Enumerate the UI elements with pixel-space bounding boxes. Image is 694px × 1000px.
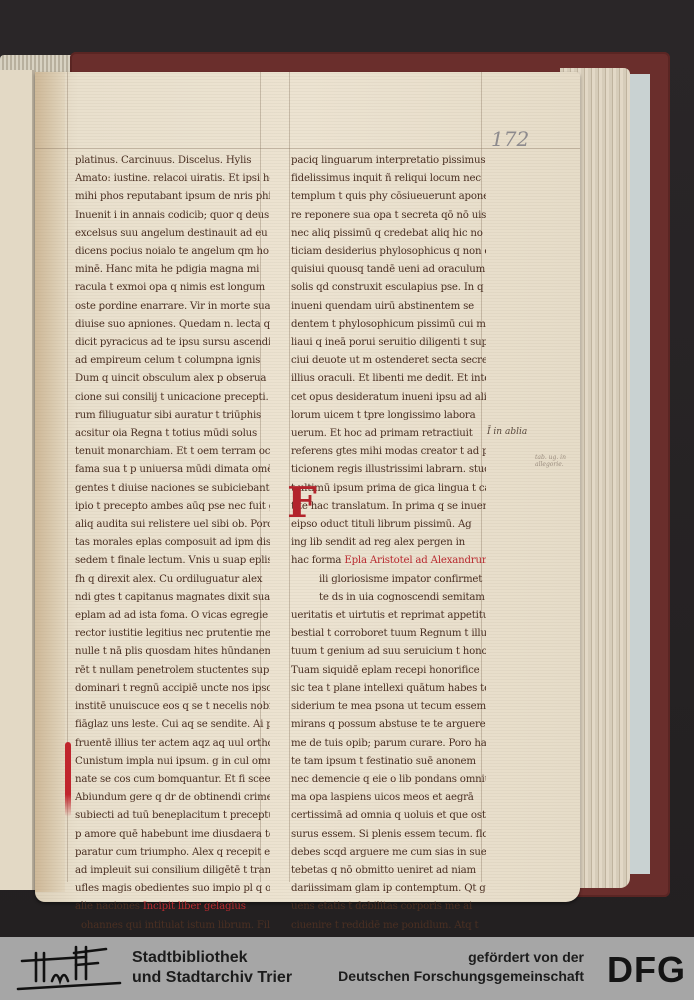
marginal-note: Ī in ablia <box>487 427 527 437</box>
text-line: dariissimam glam ip contemptum. Qt gra <box>291 880 486 898</box>
text-line: paratur cum triumpho. Alex q recepit epl… <box>75 844 270 862</box>
text-line: uerum. Et hoc ad primam retractiuit <box>291 425 486 443</box>
manuscript-scan: 172 platinus. Carcinuus. Discelus. Hylis… <box>0 0 694 937</box>
text-line: ad impleuit sui consilium diligētē t tra… <box>75 862 270 880</box>
funding-line2: Deutschen Forschungsgemeinschaft <box>338 967 584 986</box>
text-column-left: platinus. Carcinuus. Discelus. HylisAmat… <box>75 152 270 935</box>
text-line: dicit pyracicus ad te ipsu sursu ascendi… <box>75 334 270 352</box>
marginal-note-faint: tab. ug. in allegorie. <box>535 454 575 468</box>
text-line: aliq audita sui relistere uel sibi ob. P… <box>75 516 270 534</box>
endleaf <box>628 74 650 874</box>
text-line: tenuit monarchiam. Et t oem terram ociui… <box>75 443 270 461</box>
text-line: ipio t precepto ambes aūq pse nec fuit g… <box>75 498 270 516</box>
text-line: ma opa laspiens uicos meos et aegrā <box>291 789 486 807</box>
text-line: fama sua t p uniuersa mūdi dimata omēs <box>75 461 270 479</box>
dfg-logo-icon: DFG <box>607 952 686 988</box>
stadtbibliothek-logo-icon <box>14 943 124 995</box>
left-page-edge <box>0 70 35 890</box>
footer-bar: Stadtbibliothek und Stadtarchiv Trier ge… <box>0 937 694 1000</box>
text-line: ad empireum celum t columpna ignis <box>75 352 270 370</box>
text-line: illius oraculi. Et libenti me dedit. Et … <box>291 370 486 388</box>
text-line: rector iustitie legitius nec prutentie m… <box>75 625 270 643</box>
folio-number: 172 <box>491 127 529 151</box>
text-line: ndi gtes t capitanus magnates dixit sua <box>75 589 270 607</box>
text-line: excelsus suu angelum destinauit ad eu <box>75 225 270 243</box>
text-line: mihi phos reputabant ipsum de nris phias… <box>75 188 270 206</box>
text-line: subiecti ad tuū beneplacitum t preceptum… <box>75 807 270 825</box>
text-line: eplam ad ad ista foma. O vicas egregie <box>75 607 270 625</box>
text-line: platinus. Carcinuus. Discelus. Hylis <box>75 152 270 170</box>
text-line: rēt t nullam penetrolem stuctentes sup a… <box>75 662 270 680</box>
text-line: ueritatis et uirtutis et reprimat appeti… <box>291 607 486 625</box>
text-line: fidelissimus inquit ñ reliqui locum nec <box>291 170 486 188</box>
rubric-incipit: Incipit liber gelagius <box>140 901 246 912</box>
text-line: t ultimū ipsum prima de gica lingua t ca… <box>291 480 486 498</box>
text-line: racula t exmoi opa q nimis est longum <box>75 279 270 297</box>
text-line: surus essem. Si plenis essem tecum. flon <box>291 826 486 844</box>
text-line: fh q direxit alex. Cu ordiluguatur alex <box>75 571 270 589</box>
ruling-line <box>289 72 290 882</box>
text-line: templum t quis phy cōsiueuerunt apone <box>291 188 486 206</box>
text-line: Inuenit i in annais codicib; quor q deus <box>75 207 270 225</box>
text-line: p amore quē habebunt ime diusdaera tes <box>75 826 270 844</box>
text-line: tebetas q nō obmitto ueniret ad niam <box>291 862 486 880</box>
text-line: re reponere sua opa t secreta qō nō uisi… <box>291 207 486 225</box>
text-line: nec aliq pissimū q credebat aliq hic no <box>291 225 486 243</box>
text-line: sedem t finale lectum. Vnis u suap eplis <box>75 552 270 570</box>
text-line: ufles magis obedientes suo impio pl q ob <box>75 880 270 898</box>
text-line: me de tuis opib; parum curare. Poro hac <box>291 735 486 753</box>
text-line: Amato: iustine. relacoi uiratis. Et ipsi… <box>75 170 270 188</box>
text-line: fiāglaz uns leste. Cui aq se sendite. Ai… <box>75 716 270 734</box>
text-line: paciq linguarum interpretatio pissimus t <box>291 152 486 170</box>
text-line: ing lib sendit ad reg alex pergen in <box>291 534 486 552</box>
text-line: Abiundum gere q dr de obtinendi crime oe… <box>75 789 270 807</box>
text-line: acsitur oia Regna t totius mūdi solus <box>75 425 270 443</box>
text-line: tuum t genium ad suu seruicium t honore. <box>291 643 486 661</box>
text-line: nec demencie q eie o lib pondans omniū <box>291 771 486 789</box>
text-line: Dum q uincit obsculum alex p obserua <box>75 370 270 388</box>
text-line: Tuam siquidē eplam recepi honorifice <box>291 662 486 680</box>
rubric-title: Epla Aristotel ad Alexandrum <box>341 555 486 566</box>
text-line: oste ꝑordine enarrare. Vir in morte sua <box>75 298 270 316</box>
text-line: rum filiuguatur sibi auratur t triūphis <box>75 407 270 425</box>
text-line: te ds in uia cognoscendi semitam <box>291 589 486 607</box>
decorated-initial-I <box>65 742 71 817</box>
library-name-line2: und Stadtarchiv Trier <box>132 968 292 988</box>
text-line: cione sui consilij t unicacione precepti… <box>75 389 270 407</box>
text-line: mirans q possum abstuse te te arguere <box>291 716 486 734</box>
text-line: ciuenire t reddidē me ponidlum. Atq t <box>291 917 486 935</box>
text-line: ohannes qui intitulat istum librum. Fili <box>75 917 270 935</box>
text-line: eipso oduct tituli librum pissimū. Ag <box>291 516 486 534</box>
text-line: nate se cos cum bomquantur. Et fi sceeri… <box>75 771 270 789</box>
text-line: sic tea t plane intellexi quātum habes t… <box>291 680 486 698</box>
text-line: ticiam desiderius phylosophicus q non ex <box>291 243 486 261</box>
text-line: tas morales eplas composuit ad ipm disci… <box>75 534 270 552</box>
text-line: cet opus desideratum inueni ipsu ad alii… <box>291 389 486 407</box>
text-line: dominari t regnū accipiē uncte nos ipsor… <box>75 680 270 698</box>
text-line: ticionem regis illustrissimi labrarn. st… <box>291 461 486 479</box>
text-line: gentes t diuise naciones se subiciebant … <box>75 480 270 498</box>
library-name: Stadtbibliothek und Stadtarchiv Trier <box>132 948 292 988</box>
text-line: ili gloriosisme impator confirmet <box>291 571 486 589</box>
text-line: minē. Hanc mita he pdigia magna mi <box>75 261 270 279</box>
text-line: siderium te mea psona ut tecum essem <box>291 698 486 716</box>
text-line: certissimā ad omnia q uoluis et que oste… <box>291 807 486 825</box>
manuscript-page: 172 platinus. Carcinuus. Discelus. Hylis… <box>35 72 580 902</box>
text-line: inueni quendam uirū abstinentem se <box>291 298 486 316</box>
decorated-initial-F: F <box>287 481 317 525</box>
text-line: dentem t phylosophicum pissimū cui me hu… <box>291 316 486 334</box>
text-line: diuise suo apniones. Quedam n. lecta q <box>75 316 270 334</box>
funding-credit: gefördert von der Deutschen Forschungsge… <box>338 948 584 986</box>
library-name-line1: Stadtbibliothek <box>132 948 292 968</box>
text-line: liaui q ineā porui seruitio diligenti t … <box>291 334 486 352</box>
text-line: dicens pocius noialo te angelum qm ho <box>75 243 270 261</box>
text-line: quisiui quousq tandē ueni ad oraculum <box>291 261 486 279</box>
text-line: nulle t nā plis quosdam hites hūndanem <box>75 643 270 661</box>
text-line: ciui deuote ut m ostenderet secta secret… <box>291 352 486 370</box>
text-line: hac forma Epla Aristotel ad Alexandrum <box>291 552 486 570</box>
text-line: t te hac translatum. In prima q se inuen… <box>291 498 486 516</box>
text-line: institē unuiscuce eos q se t necelis nob… <box>75 698 270 716</box>
text-line: debes scqd arguere me cum sias in sue <box>291 844 486 862</box>
text-line: bestial t corroboret tuum Regnum t illus… <box>291 625 486 643</box>
text-line: Cunistum impla nui ipsum. g in cul omni <box>75 753 270 771</box>
funding-line1: gefördert von der <box>338 948 584 967</box>
text-column-right: paciq linguarum interpretatio pissimus t… <box>291 152 486 935</box>
water-stain <box>35 72 65 892</box>
text-line: uens etatis t debilitas corporis me ai <box>291 898 486 916</box>
text-line: lorum uicem t tpre longissimo labora <box>291 407 486 425</box>
text-line: referens gtes mihi modas creator t ad pe <box>291 443 486 461</box>
text-line: te tam ipsum t festinatio suē anonem <box>291 753 486 771</box>
text-line: fruentē illius ter actem aqz aq uul orth… <box>75 735 270 753</box>
text-line: alie naciones Incipit liber gelagius <box>75 898 270 916</box>
text-line: solis qd construxit esculapius pse. In q <box>291 279 486 297</box>
